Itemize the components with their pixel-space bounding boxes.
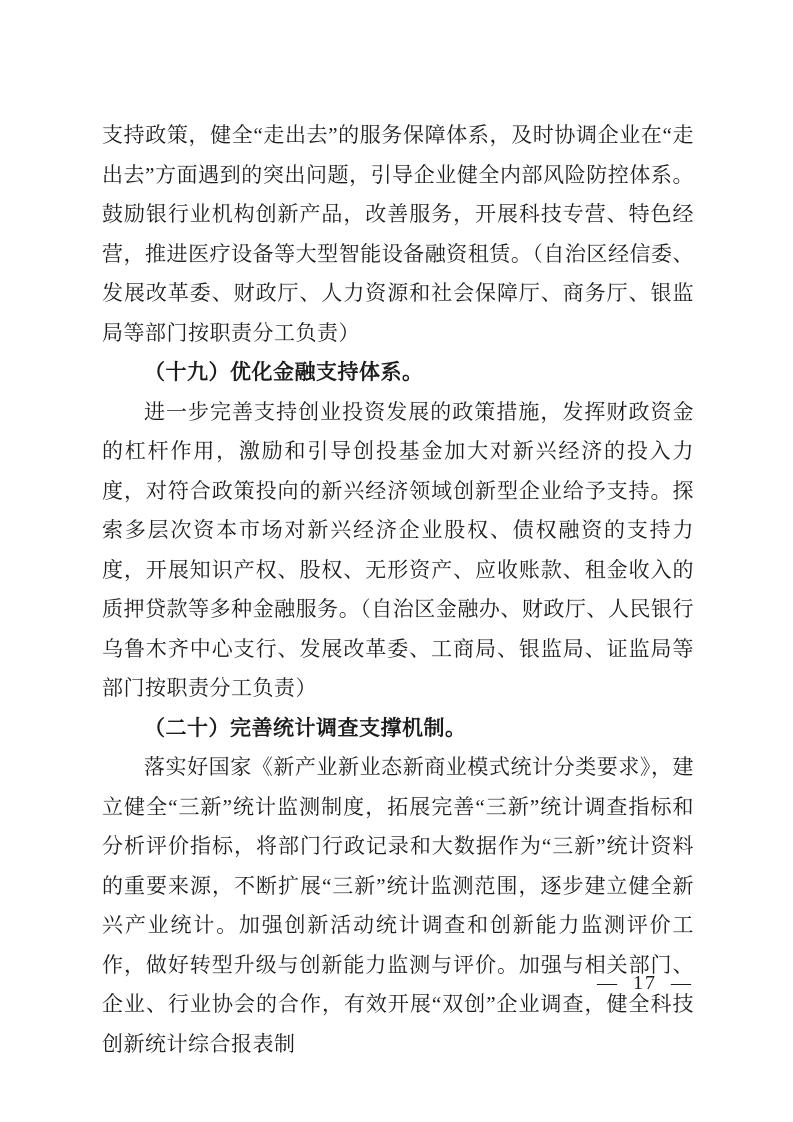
paragraph: 落实好国家《新产业新业态新商业模式统计分类要求》，建立健全“三新”统计监测制度，… <box>102 748 694 1064</box>
section-heading-nineteen: （十九）优化金融支持体系。 <box>102 353 694 393</box>
document-body: 支持政策，健全“走出去”的服务保障体系，及时协调企业在“走出去”方面遇到的突出问… <box>102 116 694 1064</box>
section-heading-twenty: （二十）完善统计调查支撑机制。 <box>102 709 694 749</box>
paragraph-continuation: 支持政策，健全“走出去”的服务保障体系，及时协调企业在“走出去”方面遇到的突出问… <box>102 116 694 353</box>
page-number: — 17 — <box>597 972 693 995</box>
paragraph: 进一步完善支持创业投资发展的政策措施，发挥财政资金的杠杆作用，激励和引导创投基金… <box>102 393 694 709</box>
document-page: 支持政策，健全“走出去”的服务保障体系，及时协调企业在“走出去”方面遇到的突出问… <box>0 0 793 1122</box>
